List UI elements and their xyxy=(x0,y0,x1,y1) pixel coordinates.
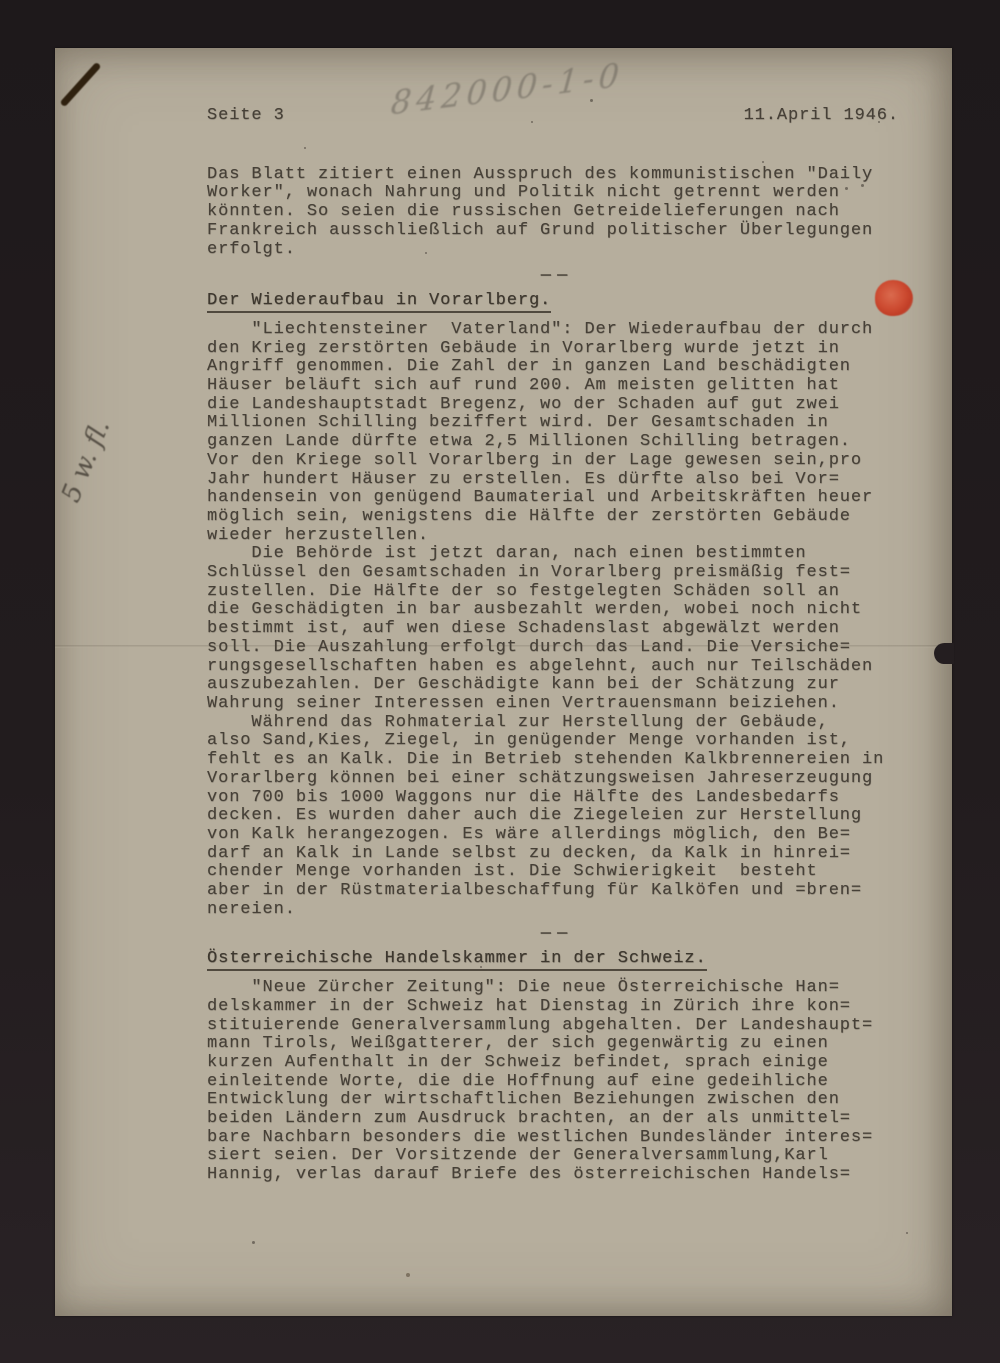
section-vorarlberg: Der Wiederaufbau in Vorarlberg. "Liechte… xyxy=(207,291,899,920)
typewritten-text: Seite 3 11.April 1946. Das Blatt zitiert… xyxy=(207,107,899,1185)
page-number: Seite 3 xyxy=(207,107,285,126)
paragraph: Die Behörde ist jetzt daran, nach einen … xyxy=(207,545,899,713)
section-separator: — — xyxy=(207,925,899,944)
photo-background: 842000-1-0 5 w. fl. Seite 3 11.April 194… xyxy=(0,0,1000,1363)
paragraph: "Liechtensteiner Vaterland": Der Wiedera… xyxy=(207,321,899,545)
paper-speck xyxy=(906,1232,908,1234)
paragraph: "Neue Zürcher Zeitung": Die neue Österre… xyxy=(207,979,899,1185)
section-title-vorarlberg: Der Wiederaufbau in Vorarlberg. xyxy=(207,291,899,313)
page-header: Seite 3 11.April 1946. xyxy=(207,107,899,126)
margin-note: 5 w. fl. xyxy=(56,415,116,506)
section-handelskammer: Österreichische Handelskammer in der Sch… xyxy=(207,949,899,1185)
section-separator: — — xyxy=(207,267,899,286)
pen-stroke-mark xyxy=(59,62,101,108)
paper-speck xyxy=(252,1241,255,1244)
document-page: 842000-1-0 5 w. fl. Seite 3 11.April 194… xyxy=(55,48,952,1316)
paragraph: Während das Rohmaterial zur Herstellung … xyxy=(207,714,899,920)
page-date: 11.April 1946. xyxy=(744,107,899,126)
paper-speck xyxy=(590,99,593,102)
section-title-handelskammer: Österreichische Handelskammer in der Sch… xyxy=(207,949,899,971)
paper-speck xyxy=(406,1273,410,1277)
paragraph-intro: Das Blatt zitiert einen Ausspruch des ko… xyxy=(207,166,899,260)
edge-tear-notch xyxy=(934,643,954,664)
